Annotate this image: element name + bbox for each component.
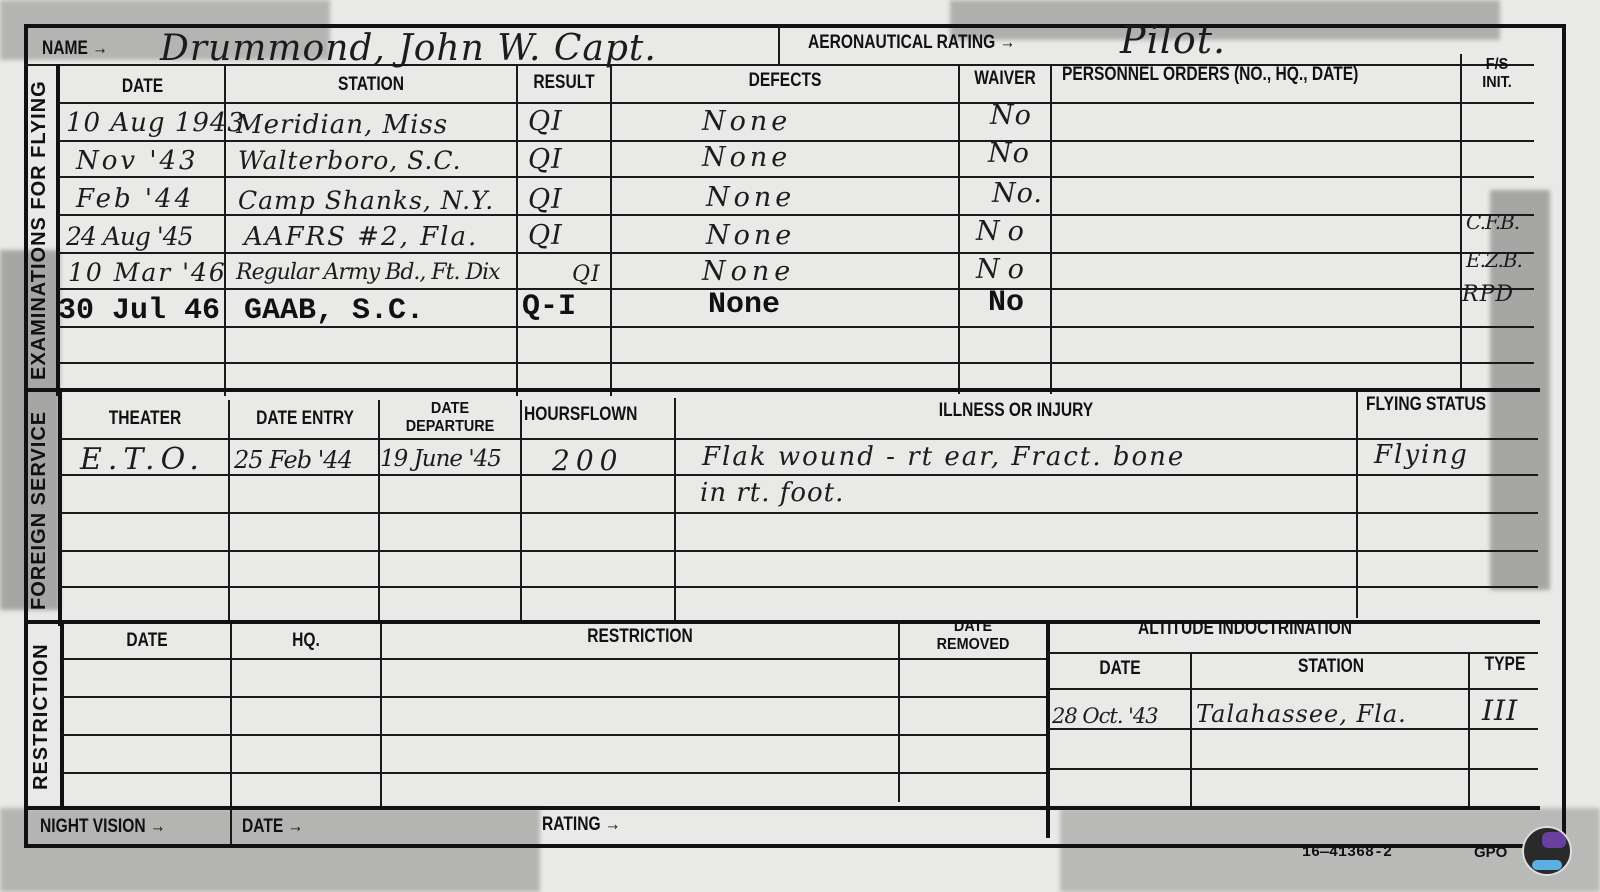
foreign-illness-line1: Flak wound - rt ear, Fract. bone: [702, 442, 1185, 472]
exam-defects: None: [706, 220, 795, 251]
column-line: [1050, 64, 1052, 394]
section-title-restriction: RESTRICTION: [30, 632, 53, 802]
column-line: [378, 400, 380, 622]
altitude-title: ALTITUDE INDOCTRINATION: [1085, 618, 1405, 640]
squadron-emblem-icon: [1522, 826, 1572, 876]
exam-result: QI: [572, 262, 601, 287]
row-line: [60, 438, 1538, 440]
column-line: [228, 400, 230, 622]
exam-result: QI: [528, 106, 563, 137]
restriction-header-hq: HQ.: [245, 630, 366, 652]
row-line: [58, 288, 1534, 290]
exam-date: Feb '44: [76, 184, 194, 214]
restriction-header-restriction: RESTRICTION: [428, 626, 851, 648]
section-title-foreign: FOREIGN SERVICE: [28, 400, 51, 620]
foreign-header-illness: ILLNESS OR INJURY: [737, 400, 1295, 422]
foreign-theater: E.T.O.: [80, 442, 205, 477]
exam-date: 24 Aug '45: [66, 222, 193, 251]
row-line: [62, 772, 1046, 774]
exam-date: Nov '43: [76, 146, 199, 176]
exam-result: QI: [528, 144, 563, 175]
exam-defects: None: [702, 106, 791, 137]
exams-header-orders: PERSONNEL ORDERS (NO., HQ., DATE): [1062, 64, 1358, 86]
exams-header-result: RESULT: [526, 72, 601, 94]
foreign-header-hours-flown: HOURSFLOWN: [524, 404, 637, 426]
exam-defects: None: [702, 142, 791, 173]
row-line: [60, 512, 1538, 514]
exam-station: Regular Army Bd., Ft. Dix: [236, 260, 500, 285]
column-line: [898, 622, 900, 802]
section-divider: [56, 64, 60, 396]
altitude-type: III: [1482, 694, 1518, 727]
exam-date: 10 Mar '46: [68, 258, 227, 287]
night-vision-label: NIGHT VISION →: [40, 816, 166, 838]
night-vision-date-label: DATE →: [242, 816, 303, 838]
restriction-header-date: DATE: [79, 630, 215, 652]
section-divider: [24, 388, 1540, 392]
row-line: [58, 252, 1534, 254]
row-line: [58, 102, 1534, 104]
foreign-hours: 200: [552, 444, 623, 477]
exam-station: GAAB, S.C.: [244, 294, 424, 328]
row-line: [58, 176, 1534, 178]
foreign-date-entry: 25 Feb '44: [234, 446, 352, 474]
column-line: [1460, 54, 1462, 390]
name-value: Drummond, John W. Capt.: [160, 28, 657, 69]
exams-header-defects: DEFECTS: [643, 70, 927, 92]
foreign-header-date-departure: DATEDEPARTURE: [387, 400, 513, 436]
exam-init: C.F.B.: [1466, 210, 1519, 234]
aeronautical-rating-label: AERONAUTICAL RATING →: [808, 32, 1015, 54]
column-line: [516, 66, 518, 396]
exam-station: AAFRS #2, Fla.: [244, 222, 478, 252]
row-line: [58, 140, 1534, 142]
exams-header-waiver: WAIVER: [968, 68, 1042, 90]
exam-station: Camp Shanks, N.Y.: [238, 186, 494, 215]
section-divider: [24, 806, 1540, 810]
section-divider: [58, 390, 62, 626]
exam-waiver: No: [988, 286, 1024, 320]
exam-result: Q-I: [522, 290, 576, 324]
altitude-station: Talahassee, Fla.: [1196, 700, 1407, 728]
row-line: [62, 734, 1046, 736]
exam-station: Meridian, Miss: [236, 110, 448, 140]
exam-result: QI: [528, 220, 563, 251]
exam-init: RPD: [1462, 282, 1514, 307]
section-divider: [60, 622, 64, 810]
exam-init: E.Z.B.: [1466, 248, 1522, 272]
section-title-exams: EXAMINATIONS FOR FLYING: [28, 80, 51, 380]
restriction-header-date-removed: DATEREMOVED: [907, 618, 1038, 654]
column-line: [1190, 654, 1192, 808]
night-vision-rating-label: RATING →: [542, 814, 620, 836]
row-line: [62, 658, 1046, 660]
column-line: [1356, 392, 1358, 618]
column-line: [1468, 652, 1470, 808]
column-line: [958, 64, 960, 394]
exam-date: 10 Aug 1943: [66, 108, 245, 138]
row-line: [1048, 728, 1538, 730]
exam-result: QI: [528, 184, 563, 215]
column-line: [230, 808, 232, 844]
row-line: [1048, 688, 1538, 690]
form-number: 16—41368-2: [1302, 844, 1392, 861]
divider: [778, 26, 780, 66]
exam-station: Walterboro, S.C.: [238, 146, 462, 175]
exam-waiver: No: [976, 254, 1032, 285]
exam-defects: None: [708, 288, 780, 322]
row-line: [60, 474, 1538, 476]
row-line: [58, 362, 1534, 364]
foreign-flying-status: Flying: [1374, 440, 1469, 470]
exam-date: 30 Jul 46: [58, 294, 220, 328]
foreign-header-theater: THEATER: [77, 408, 213, 430]
row-line: [62, 696, 1046, 698]
column-line: [380, 624, 382, 808]
row-line: [1048, 768, 1538, 770]
exam-waiver: No: [988, 138, 1030, 169]
altitude-header-station: STATION: [1219, 656, 1444, 678]
exams-header-fs-init: F/SINIT.: [1466, 56, 1529, 92]
column-line: [520, 400, 522, 622]
altitude-header-date: DATE: [1063, 658, 1178, 680]
exams-header-date: DATE: [75, 76, 210, 98]
row-line: [60, 586, 1538, 588]
aeronautical-rating-value: Pilot.: [1120, 18, 1226, 62]
row-line: [60, 550, 1538, 552]
column-line: [610, 66, 612, 396]
foreign-header-date-entry: DATE ENTRY: [244, 408, 367, 430]
exams-header-station: STATION: [252, 74, 490, 96]
altitude-date: 28 Oct. '43: [1052, 704, 1158, 728]
exam-waiver: No.: [992, 178, 1043, 209]
name-label: NAME →: [42, 38, 108, 60]
printer-mark: GPO: [1474, 844, 1507, 861]
exam-defects: None: [702, 256, 795, 287]
foreign-header-flying-status: FLYING STATUS: [1366, 394, 1486, 416]
exam-waiver: No: [976, 216, 1032, 247]
foreign-illness-line2: in rt. foot.: [700, 478, 844, 508]
altitude-header-type: TYPE: [1478, 654, 1532, 676]
column-line: [230, 624, 232, 808]
foreign-date-departure: 19 June '45: [380, 446, 501, 472]
exam-waiver: No: [990, 100, 1032, 131]
row-line: [1048, 652, 1538, 654]
exam-defects: None: [706, 182, 795, 213]
